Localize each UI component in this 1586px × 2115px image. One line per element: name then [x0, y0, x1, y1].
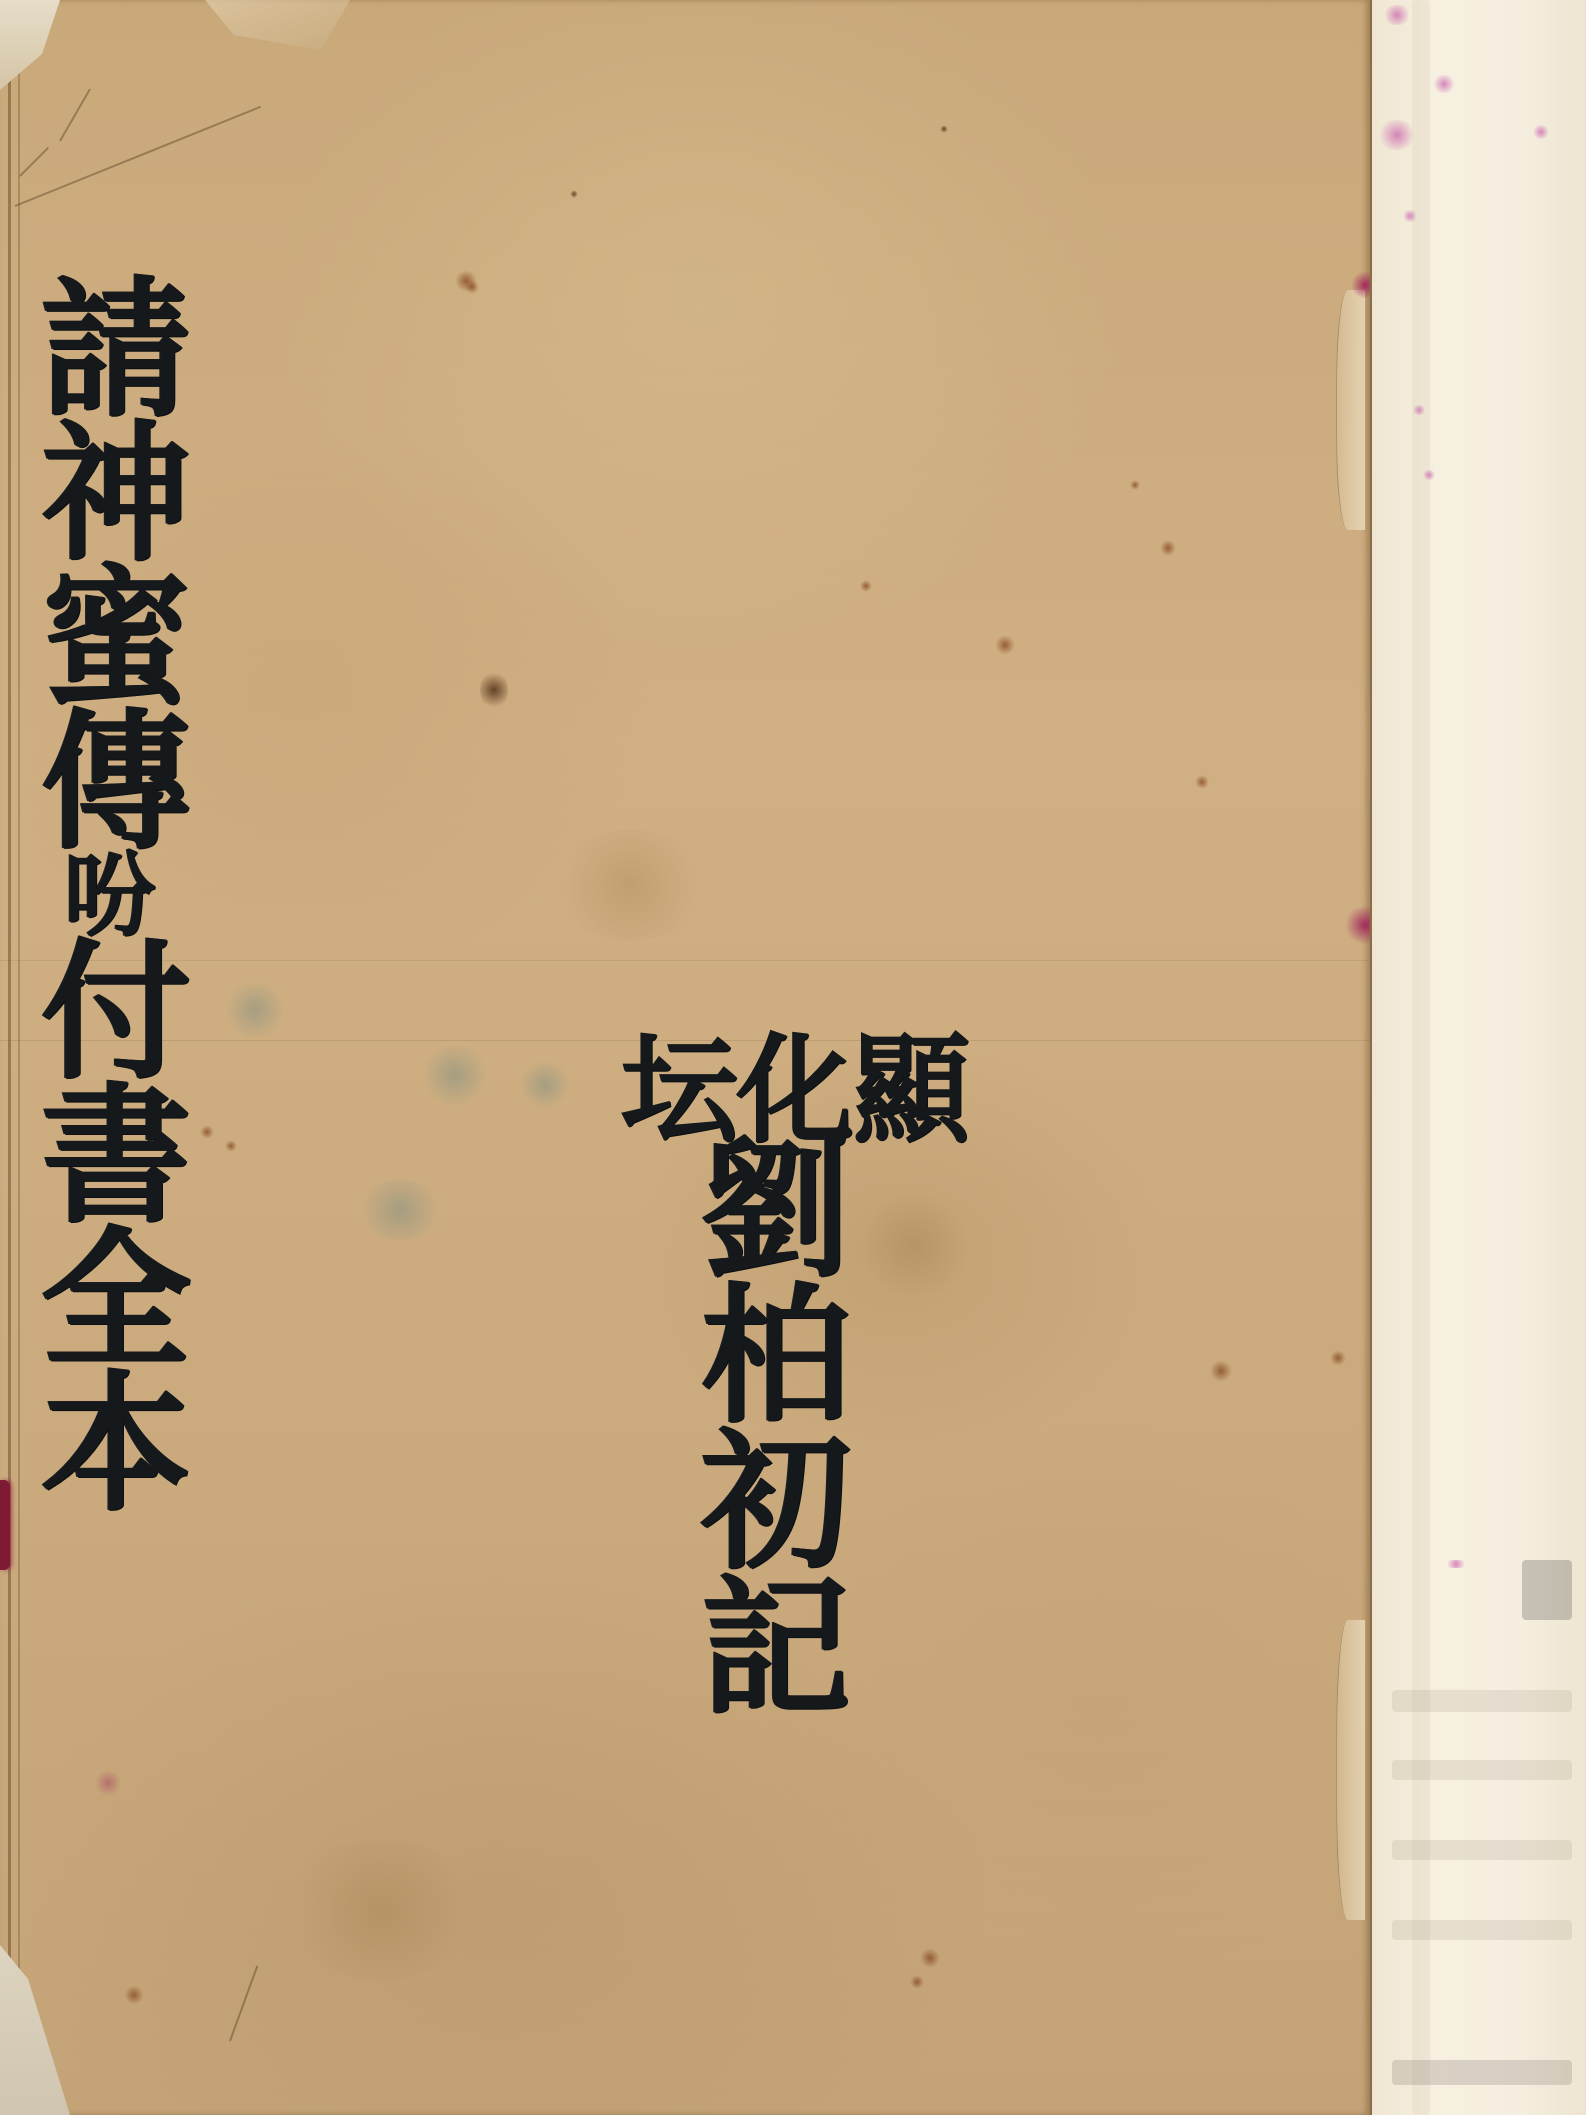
- mould-stain: [355, 1180, 445, 1240]
- spine-red-mark: [0, 1480, 10, 1570]
- stain: [1330, 1350, 1346, 1366]
- pink-stain: [1532, 125, 1550, 139]
- mould-stain: [420, 1045, 490, 1105]
- stain: [225, 1140, 237, 1152]
- mould-stain: [225, 980, 285, 1040]
- paper-crease: [0, 960, 1370, 961]
- magenta-stain: [95, 1770, 121, 1796]
- stain: [570, 190, 578, 198]
- water-stain: [860, 1190, 970, 1300]
- paper-fold-right-edge: [1336, 1620, 1365, 1920]
- bleed-through-text: [1522, 1560, 1572, 1620]
- title-column: 請神蜜傳吩付書全本: [28, 270, 178, 1508]
- title-chars-before: 請神蜜傳: [15, 270, 191, 846]
- spine-binding-line: [8, 0, 11, 2115]
- stain: [125, 1985, 143, 2005]
- stain: [860, 580, 872, 592]
- paper-crease: [19, 147, 49, 177]
- vertical-fold-shadow: [1412, 0, 1430, 2115]
- stain: [480, 670, 508, 710]
- paper-crease: [15, 106, 261, 207]
- stain: [940, 125, 948, 133]
- stain: [1160, 540, 1176, 556]
- title-small-char: 吩: [57, 846, 149, 932]
- pink-stain: [1377, 120, 1417, 150]
- paper-fold-top: [205, 0, 350, 50]
- torn-corner-bottom-left: [0, 1945, 70, 2115]
- paper-fold-right-edge: [1336, 290, 1365, 530]
- paper-crease: [229, 1965, 258, 2041]
- stain: [200, 1125, 214, 1139]
- title-chars-after: 付書全本: [15, 932, 191, 1508]
- stain: [1195, 775, 1209, 789]
- pink-stain: [1432, 75, 1456, 93]
- water-stain: [280, 1840, 480, 1980]
- pink-stain: [1382, 5, 1412, 25]
- paper-crease: [59, 89, 91, 142]
- book-cover: 請神蜜傳吩付書全本 顯化坛 劉柏初記: [0, 0, 1370, 2115]
- torn-corner-top-left: [0, 0, 60, 90]
- stain: [995, 635, 1015, 655]
- mould-stain: [520, 1060, 570, 1110]
- stain: [920, 1948, 940, 1968]
- stain: [1210, 1360, 1232, 1382]
- stain: [910, 1975, 924, 1989]
- stain: [1130, 480, 1140, 490]
- next-page-edge: [1370, 0, 1586, 2115]
- water-stain: [550, 830, 710, 940]
- pink-stain: [1444, 1560, 1468, 1568]
- author-column: 劉柏初記: [688, 1130, 838, 1714]
- stain: [465, 280, 479, 294]
